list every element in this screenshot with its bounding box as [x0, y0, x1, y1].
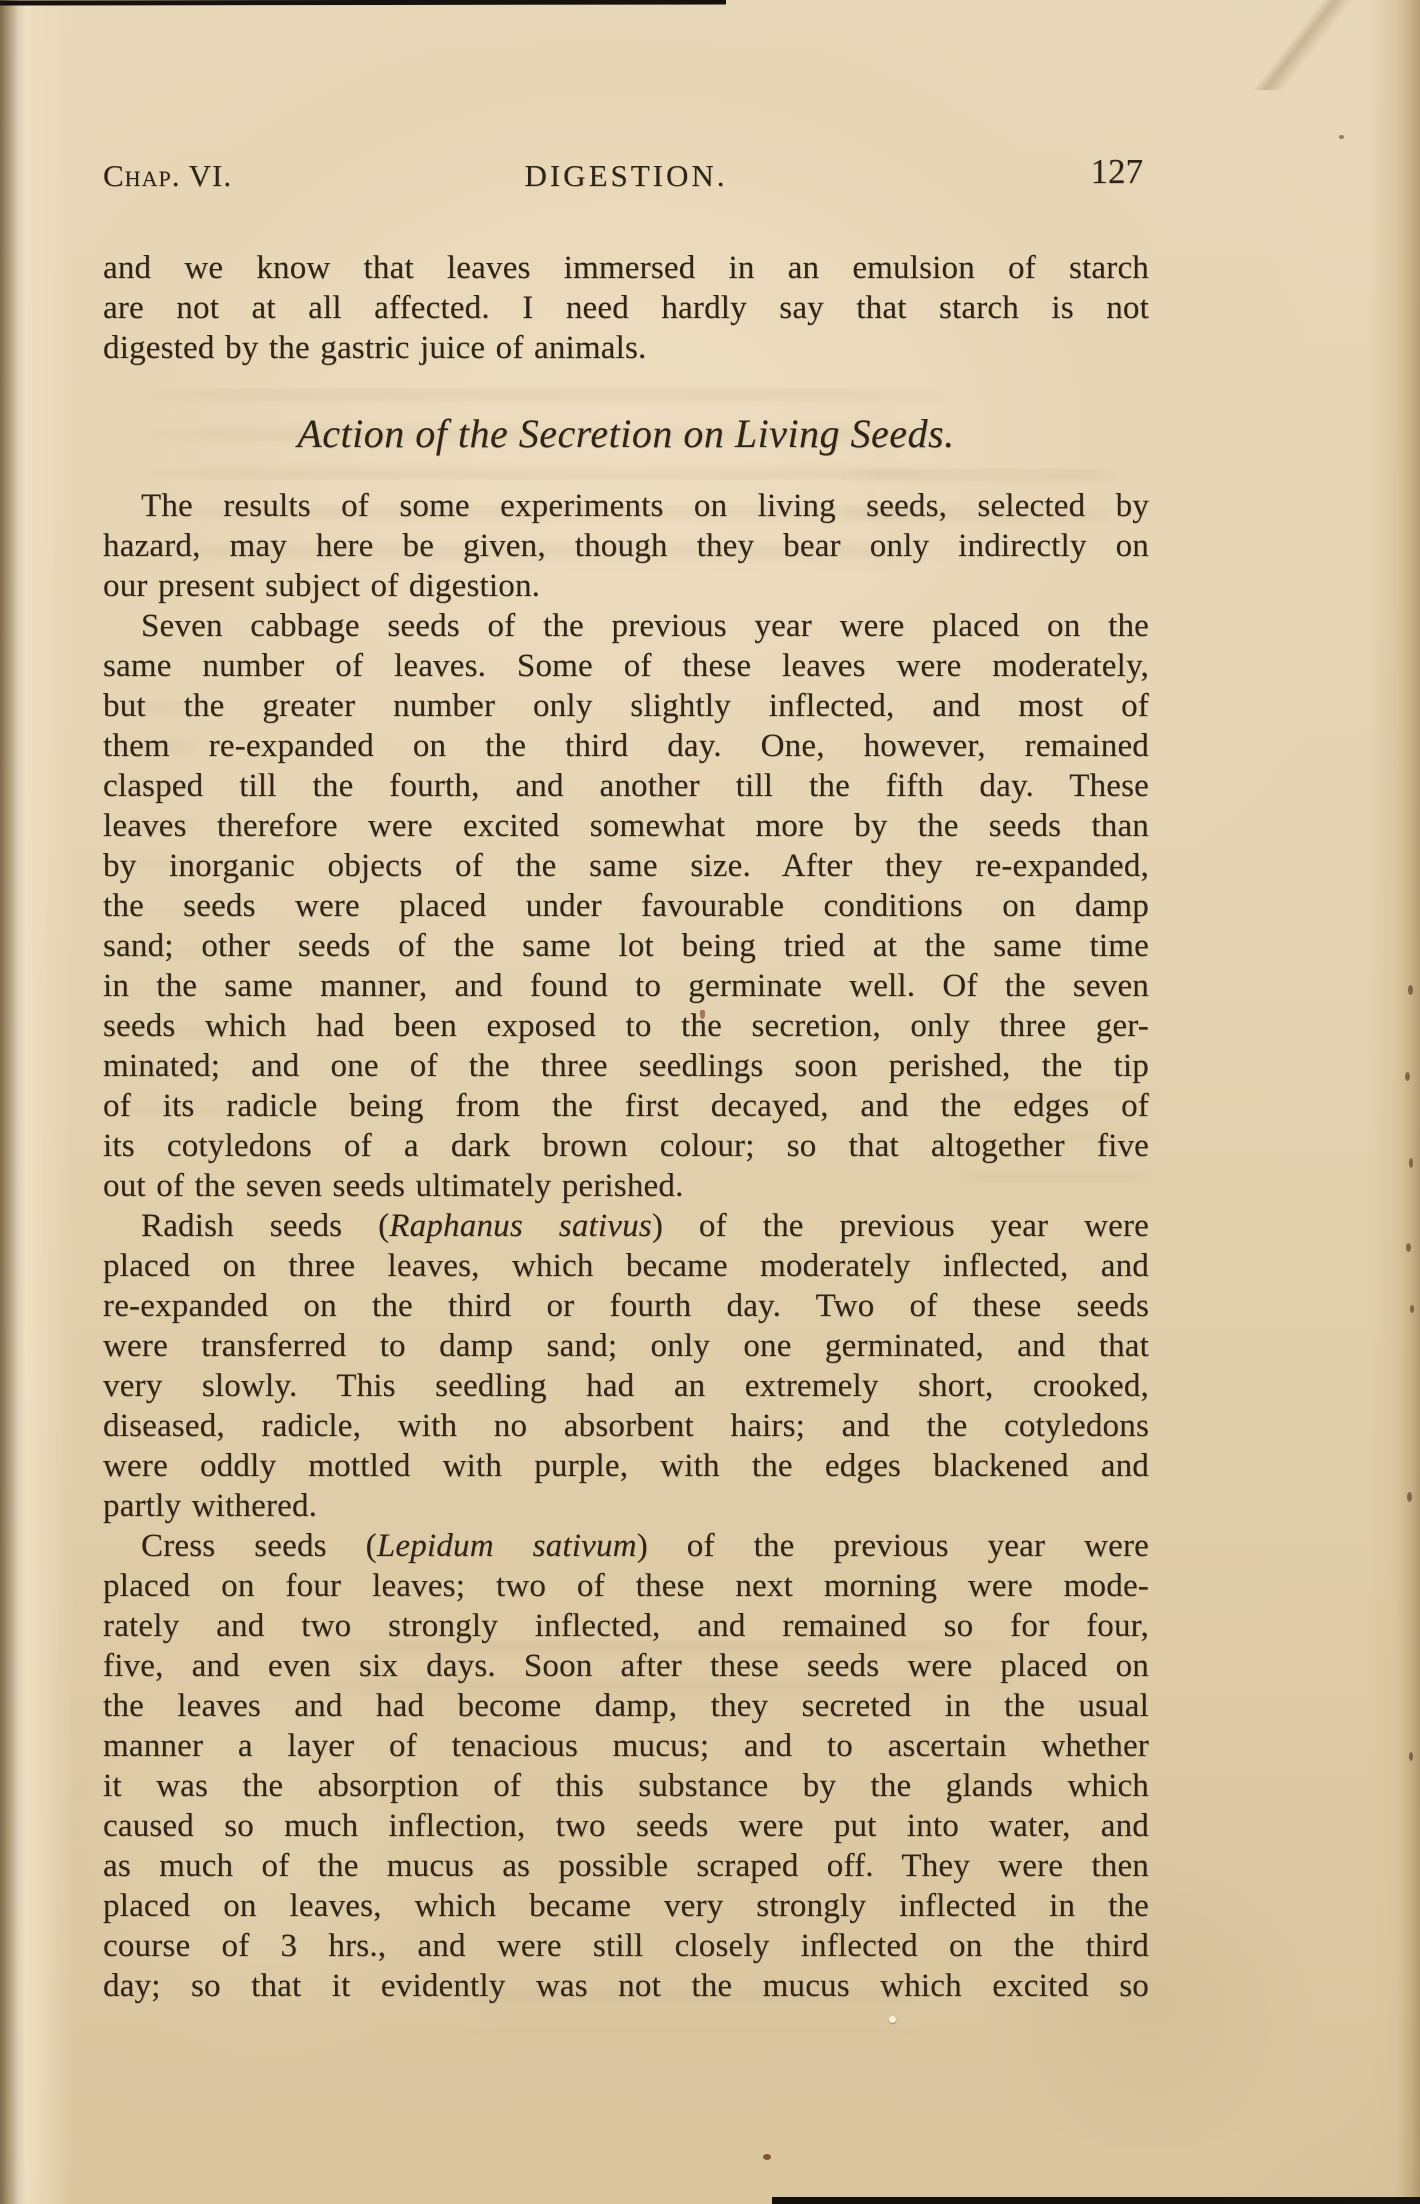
paper-speck — [1339, 135, 1344, 139]
text-line: diseased, radicle, with no absorbent hai… — [103, 1406, 1149, 1446]
text-line: the seeds were placed under favourable c… — [103, 886, 1149, 926]
scan-bottom-edge — [772, 2197, 1420, 2204]
page-edge-mark — [1405, 1072, 1410, 1081]
section-heading: Action of the Secretion on Living Seeds. — [103, 408, 1149, 460]
text-line: hazard, may here be given, though they b… — [103, 526, 1149, 566]
page-header: Chap. VI. DIGESTION. 127 — [103, 156, 1149, 196]
text-segment: ) of the previous year were — [637, 1528, 1149, 1564]
text-line: as much of the mucus as possible scraped… — [103, 1846, 1149, 1886]
text-line: Seven cabbage seeds of the previous year… — [103, 606, 1149, 646]
text-line: same number of leaves. Some of these lea… — [103, 646, 1149, 686]
text-line: The results of some experiments on livin… — [103, 486, 1149, 526]
text-line: our present subject of digestion. — [103, 566, 1149, 606]
text-line: manner a layer of tenacious mucus; and t… — [103, 1726, 1149, 1766]
page-edge-mark — [1409, 1158, 1413, 1168]
paper-speck — [700, 1010, 705, 1019]
text-line: of its radicle being from the first deca… — [103, 1086, 1149, 1126]
text-segment: ) of the previous year were — [652, 1208, 1149, 1244]
text-line: in the same manner, and found to germina… — [103, 966, 1149, 1006]
text-line: day; so that it evidently was not the mu… — [103, 1966, 1149, 2006]
scan-top-edge — [0, 0, 726, 6]
text-line: but the greater number only slightly inf… — [103, 686, 1149, 726]
text-line: the leaves and had become damp, they sec… — [103, 1686, 1149, 1726]
page-edge-mark — [1408, 985, 1413, 995]
text-block: Chap. VI. DIGESTION. 127 and we know tha… — [103, 156, 1149, 2006]
page-edge-mark — [1409, 1752, 1413, 1761]
species-name: Raphanus sativus — [389, 1208, 652, 1244]
text-line: were transferred to damp sand; only one … — [103, 1326, 1149, 1366]
text-line: course of 3 hrs., and were still closely… — [103, 1926, 1149, 1966]
paragraph: Radish seeds (Raphanus sativus) of the p… — [103, 1206, 1149, 1526]
text-line: its cotyledons of a dark brown colour; s… — [103, 1126, 1149, 1166]
text-line: leaves therefore were excited somewhat m… — [103, 806, 1149, 846]
paragraph: The results of some experiments on livin… — [103, 486, 1149, 606]
text-line: minated; and one of the three seedlings … — [103, 1046, 1149, 1086]
species-name: Lepidum sativum — [377, 1528, 637, 1564]
paragraph: and we know that leaves immersed in an e… — [103, 248, 1149, 368]
text-line: very slowly. This seedling had an extrem… — [103, 1366, 1149, 1406]
paper-speck — [889, 2016, 896, 2023]
text-segment: Radish seeds ( — [141, 1208, 389, 1244]
text-line: digested by the gastric juice of animals… — [103, 328, 1149, 368]
text-line: clasped till the fourth, and another til… — [103, 766, 1149, 806]
text-segment: Cress seeds ( — [141, 1528, 377, 1564]
page-edge-mark — [1407, 1492, 1412, 1502]
text-line: by inorganic objects of the same size. A… — [103, 846, 1149, 886]
text-line: rately and two strongly inflected, and r… — [103, 1606, 1149, 1646]
paragraph: Seven cabbage seeds of the previous year… — [103, 606, 1149, 1206]
text-line: it was the absorption of this substance … — [103, 1766, 1149, 1806]
text-line: and we know that leaves immersed in an e… — [103, 248, 1149, 288]
text-line: are not at all affected. I need hardly s… — [103, 288, 1149, 328]
running-title: DIGESTION. — [524, 156, 727, 196]
page-edge-mark — [1406, 1243, 1411, 1252]
page-top-right-corner-crease — [1180, 0, 1420, 90]
text-line: out of the seven seeds ultimately perish… — [103, 1166, 1149, 1206]
page-right-edge-shadow — [1368, 0, 1420, 2204]
book-page-scan: Chap. VI. DIGESTION. 127 and we know tha… — [0, 0, 1420, 2204]
text-line: partly withered. — [103, 1486, 1149, 1526]
text-line: placed on leaves, which became very stro… — [103, 1886, 1149, 1926]
text-line: seeds which had been exposed to the secr… — [103, 1006, 1149, 1046]
text-line: placed on three leaves, which became mod… — [103, 1246, 1149, 1286]
text-line: Radish seeds (Raphanus sativus) of the p… — [103, 1206, 1149, 1246]
text-line: five, and even six days. Soon after thes… — [103, 1646, 1149, 1686]
text-line: re-expanded on the third or fourth day. … — [103, 1286, 1149, 1326]
page-edge-mark — [1410, 1305, 1414, 1313]
text-line: them re-expanded on the third day. One, … — [103, 726, 1149, 766]
page-number: 127 — [1091, 152, 1144, 192]
text-line: Cress seeds (Lepidum sativum) of the pre… — [103, 1526, 1149, 1566]
paragraph: Cress seeds (Lepidum sativum) of the pre… — [103, 1526, 1149, 2006]
text-line: caused so much inflection, two seeds wer… — [103, 1806, 1149, 1846]
chapter-label: Chap. VI. — [103, 156, 232, 196]
text-line: were oddly mottled with purple, with the… — [103, 1446, 1149, 1486]
page-left-edge-shadow — [0, 0, 26, 2204]
text-line: sand; other seeds of the same lot being … — [103, 926, 1149, 966]
text-line: placed on four leaves; two of these next… — [103, 1566, 1149, 1606]
paper-speck — [763, 2154, 771, 2160]
